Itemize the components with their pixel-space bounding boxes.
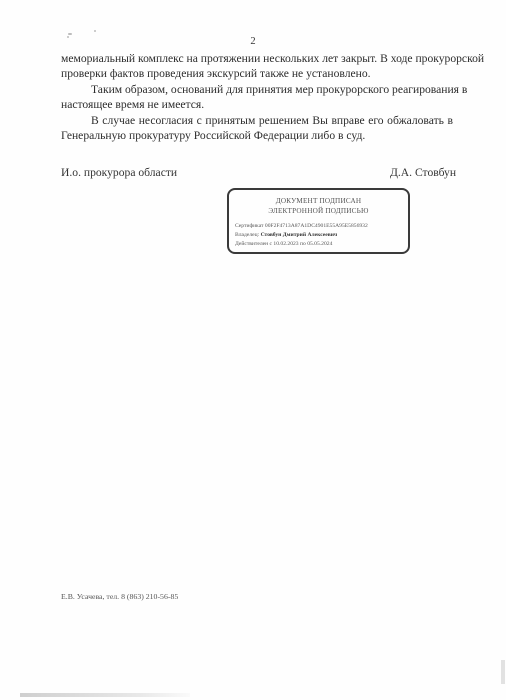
stamp-validity: Действителен с 10.02.2023 по 05.05.2024 (235, 241, 332, 247)
scan-artifact-mark (94, 30, 96, 32)
owner-value: Стовбун Дмитрий Алексеевич (261, 232, 338, 238)
text-line: Таким образом, оснований для принятия ме… (61, 82, 453, 97)
valid-to: 05.05.2024 (307, 241, 332, 247)
signer-name: Д.А. Стовбун (390, 166, 456, 179)
signer-position: И.о. прокурора области (61, 166, 177, 179)
valid-label: Действителен с (235, 241, 272, 247)
stamp-title-line2: ЭЛЕКТРОННОЙ ПОДПИСЬЮ (229, 207, 408, 215)
text-line: В случае несогласия с принятым решением … (61, 113, 453, 128)
text-line: проверки фактов проведения экскурсий так… (61, 66, 453, 81)
paragraph-1: мемориальный комплекс на протяжении неск… (61, 51, 453, 81)
document-page: 2 мемориальный комплекс на протяжении не… (0, 0, 506, 700)
page-number: 2 (0, 36, 506, 47)
electronic-signature-stamp: ДОКУМЕНТ ПОДПИСАН ЭЛЕКТРОННОЙ ПОДПИСЬЮ С… (227, 188, 410, 254)
executor-contact: Е.В. Усачева, тел. 8 (863) 210-56-85 (61, 592, 178, 601)
owner-label: Владелец (235, 232, 258, 238)
text-line: настоящее время не имеется. (61, 97, 453, 112)
text-line: Генеральную прокуратуру Российской Федер… (61, 128, 453, 143)
scan-artifact-mark (68, 33, 72, 35)
certificate-label: Сертификат (235, 223, 263, 229)
stamp-title-line1: ДОКУМЕНТ ПОДПИСАН (229, 197, 408, 205)
stamp-owner: Владелец: Стовбун Дмитрий Алексеевич (235, 232, 337, 238)
stamp-certificate: Сертификат 00F2F4713A87A1DC4901E55A95E58… (235, 223, 368, 229)
valid-to-label: по (300, 241, 306, 247)
valid-from: 10.02.2023 (273, 241, 298, 247)
text-line: мемориальный комплекс на протяжении неск… (61, 51, 453, 66)
paragraph-3: В случае несогласия с принятым решением … (61, 113, 453, 143)
scan-artifact-edge (501, 660, 505, 684)
paragraph-2: Таким образом, оснований для принятия ме… (61, 82, 453, 112)
scan-artifact-edge (20, 693, 190, 697)
certificate-value: 00F2F4713A87A1DC4901E55A95E5856932 (265, 223, 368, 229)
